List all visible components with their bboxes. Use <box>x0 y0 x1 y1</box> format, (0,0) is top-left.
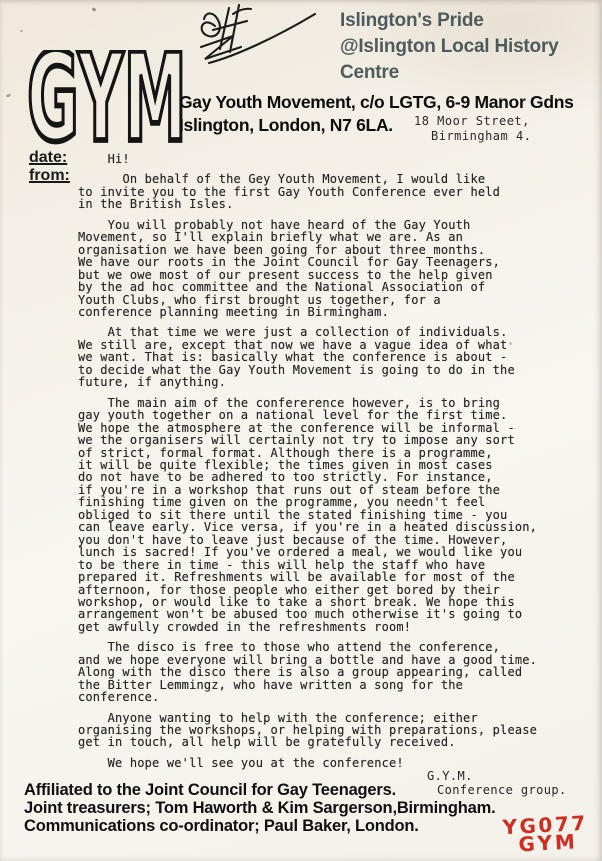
letter-paragraph: At that time we were just a collection o… <box>78 326 570 388</box>
letter-paragraph: The disco is free to those who attend th… <box>78 641 570 703</box>
footer-line2: Joint treasurers; Tom Haworth & Kim Sarg… <box>24 799 495 817</box>
paper-speck <box>92 7 97 12</box>
scanned-letter-page: Islington's Pride @Islington Local Histo… <box>0 0 602 861</box>
scribble-drawing <box>193 2 321 70</box>
letter-paragraph: Hi! <box>78 153 570 165</box>
footer-line3: Communications co-ordinator; Paul Baker,… <box>24 817 495 835</box>
letter-paragraph: We hope we'll see you at the conference! <box>78 757 570 769</box>
gym-logo-text: GYM <box>26 50 184 152</box>
meta-labels: date: from: <box>29 149 70 184</box>
typed-address-line2: Birmingham 4. <box>414 129 531 144</box>
letter-paragraph: Anyone wanting to help with the conferen… <box>78 712 570 749</box>
paper-speck <box>6 93 12 98</box>
typed-address-line1: 18 Moor Street, <box>414 114 531 129</box>
from-label: from: <box>29 167 70 185</box>
watermark-line2: @Islington Local History Centre <box>340 34 602 86</box>
org-address-line1: Gay Youth Movement, c/o LGTG, 6-9 Manor … <box>179 91 574 114</box>
letterhead-footer: Affiliated to the Joint Council for Gay … <box>24 781 495 835</box>
letter-paragraph: The main aim of the confererence however… <box>78 397 570 634</box>
handwritten-scribble <box>193 2 321 75</box>
letter-paragraph: You will probably not have heard of the … <box>78 219 570 319</box>
letter-paragraph: On behalf of the Gey Youth Movement, I w… <box>78 173 570 210</box>
letter-body: Hi! On behalf of the Gey Youth Movement,… <box>78 153 570 777</box>
archive-reference-handwritten: YG077 GYM <box>502 814 589 854</box>
svg-text:GYM: GYM <box>27 50 184 152</box>
paper-speck <box>20 30 23 32</box>
paper-speck <box>509 342 512 345</box>
typed-address: 18 Moor Street, Birmingham 4. <box>414 114 531 144</box>
watermark-line1: Islington's Pride <box>340 8 602 34</box>
archive-watermark: Islington's Pride @Islington Local Histo… <box>340 8 602 86</box>
gym-logo: GYM <box>26 50 184 157</box>
footer-line1: Affiliated to the Joint Council for Gay … <box>24 781 495 799</box>
date-label: date: <box>29 149 70 167</box>
